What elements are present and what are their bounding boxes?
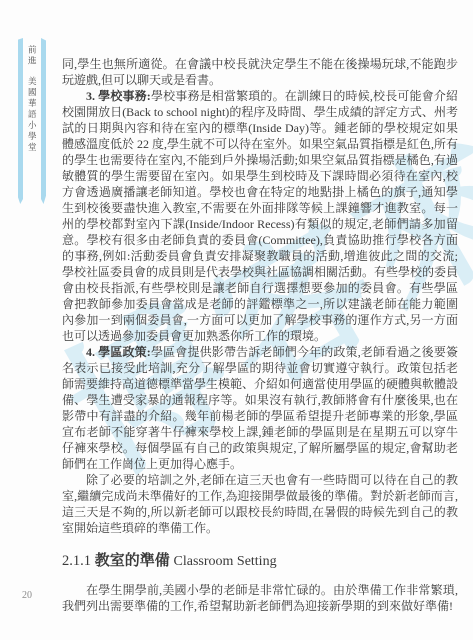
paragraph-text: 學校事務是相當繁瑣的。在訓練日的時候,校長可能會介紹校園開放日(Back to … [62, 89, 458, 343]
edge-ribbon: 前進 美國華語小學堂 [18, 38, 46, 204]
body-paragraph: 除了必要的培訓之外,老師在這三天也會有一些時間可以待在自己的教室,繼續完成尚未準… [62, 472, 458, 536]
list-item-label: 3. 學校事務: [86, 89, 151, 103]
section-title-en: Classroom Setting [174, 554, 277, 569]
book-title-vertical: 前進 美國華語小學堂 [28, 45, 37, 154]
list-item-label: 4. 學區政策: [86, 345, 151, 359]
paragraph-text: 在學生開學前,美國小學的老師是非常忙碌的。由於準備工作非常繁瑣,我們列出需要準備… [62, 583, 458, 613]
body-paragraph: 4. 學區政策:學區會提供影帶告訴老師們今年的政策,老師看過之後要簽名表示已接受… [62, 344, 458, 472]
ribbon-stripe-right [41, 38, 46, 204]
section-title-zh: 教室的準備 [95, 553, 170, 569]
section-number: 2.1.1 [62, 553, 91, 569]
book-page: 前進 美國華語小學堂 博客來 同,學生也無所適從。在會議中校長就決定學生不能在後… [0, 0, 473, 640]
body-paragraph: 同,學生也無所適從。在會議中校長就決定學生不能在後操場玩球,不能跑步玩遊戲,但可… [62, 56, 458, 88]
page-content: 同,學生也無所適從。在會議中校長就決定學生不能在後操場玩球,不能跑步玩遊戲,但可… [62, 56, 458, 614]
paragraph-text: 學區會提供影帶告訴老師們今年的政策,老師看過之後要簽名表示已接受此培訓,充分了解… [62, 345, 458, 471]
paragraph-text: 除了必要的培訓之外,老師在這三天也會有一些時間可以待在自己的教室,繼續完成尚未準… [62, 473, 458, 535]
ribbon-stripe-left [18, 38, 23, 204]
page-number: 20 [22, 590, 32, 601]
body-paragraph: 3. 學校事務:學校事務是相當繁瑣的。在訓練日的時候,校長可能會介紹校園開放日(… [62, 88, 458, 344]
body-paragraph: 在學生開學前,美國小學的老師是非常忙碌的。由於準備工作非常繁瑣,我們列出需要準備… [62, 582, 458, 614]
paragraph-text: 同,學生也無所適從。在會議中校長就決定學生不能在後操場玩球,不能跑步玩遊戲,但可… [62, 57, 458, 87]
section-heading: 2.1.1 教室的準備 Classroom Setting [62, 551, 458, 572]
